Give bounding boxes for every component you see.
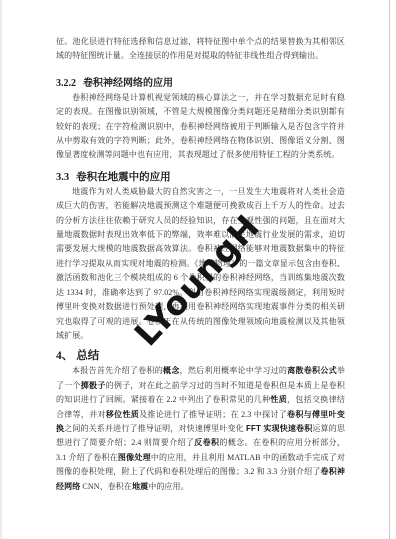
heading-3-3-number: 3.3 bbox=[56, 172, 69, 183]
heading-3-2-2-number: 3.2.2 bbox=[56, 78, 76, 89]
heading-4-summary: 4、总结 bbox=[56, 349, 345, 364]
paragraph-pooling-tail: 征。池化层进行特征选择和信息过滤，将特征图中单个点的结果替换为其相邻区域的特征图… bbox=[56, 35, 345, 64]
heading-3-2-2-title: 卷积神经网络的应用 bbox=[83, 78, 173, 89]
heading-3-3-title: 卷积在地震中的应用 bbox=[76, 171, 171, 183]
heading-4-number: 4、 bbox=[56, 350, 73, 362]
text-run: ，然后利用概率论中学习过的 bbox=[180, 366, 288, 375]
bold-term: 概念 bbox=[163, 366, 180, 375]
bold-term: 反卷积 bbox=[194, 438, 219, 447]
bold-term: FFT 实现快速卷积 bbox=[246, 424, 312, 433]
bold-term: 图像处理 bbox=[118, 453, 151, 462]
text-run: 本报告首先介绍了卷积的 bbox=[72, 366, 163, 375]
paragraph-summary: 本报告首先介绍了卷积的概念，然后利用概率论中学习过的离散卷积公式举了一个掷骰子的… bbox=[56, 364, 345, 494]
document-page: 征。池化层进行特征选择和信息过滤，将特征图中单个点的结果替换为其相邻区域的特征图… bbox=[0, 0, 396, 539]
text-run: 中的应用。 bbox=[148, 482, 189, 491]
paragraph-seismic-application: 地震作为对人类威胁最大的自然灾害之一，一旦发生大地震将对人类社会造成巨大的伤害，… bbox=[56, 185, 345, 343]
bold-term: 移位性质 bbox=[106, 410, 139, 419]
document-body: 征。池化层进行特征选择和信息过滤，将特征图中单个点的结果替换为其相邻区域的特征图… bbox=[56, 35, 345, 494]
text-run: 之间的关系并进行了推导证明，对快速傅里叶变化 bbox=[64, 424, 246, 433]
bold-term: 地震 bbox=[132, 482, 148, 491]
text-run: CNN、卷积在 bbox=[80, 482, 132, 491]
text-run: 及推论进行了推导证明；在 2.3 中探讨了 bbox=[139, 410, 287, 419]
page-left-edge bbox=[0, 0, 2, 539]
heading-3-3: 3.3卷积在地震中的应用 bbox=[56, 170, 345, 185]
bold-term: 性质 bbox=[270, 395, 287, 404]
heading-3-2-2: 3.2.2卷积神经网络的应用 bbox=[56, 77, 345, 91]
bold-term: 离散卷积公式 bbox=[287, 366, 337, 375]
paragraph-cnn-application: 卷积神经网络是计算机视觉领域的核心算法之一，并在学习数据充足时有稳定的表现。在图… bbox=[56, 91, 345, 163]
page-right-edge bbox=[389, 0, 390, 539]
heading-4-title: 总结 bbox=[76, 350, 99, 362]
bold-term: 掷骰子 bbox=[81, 381, 106, 390]
